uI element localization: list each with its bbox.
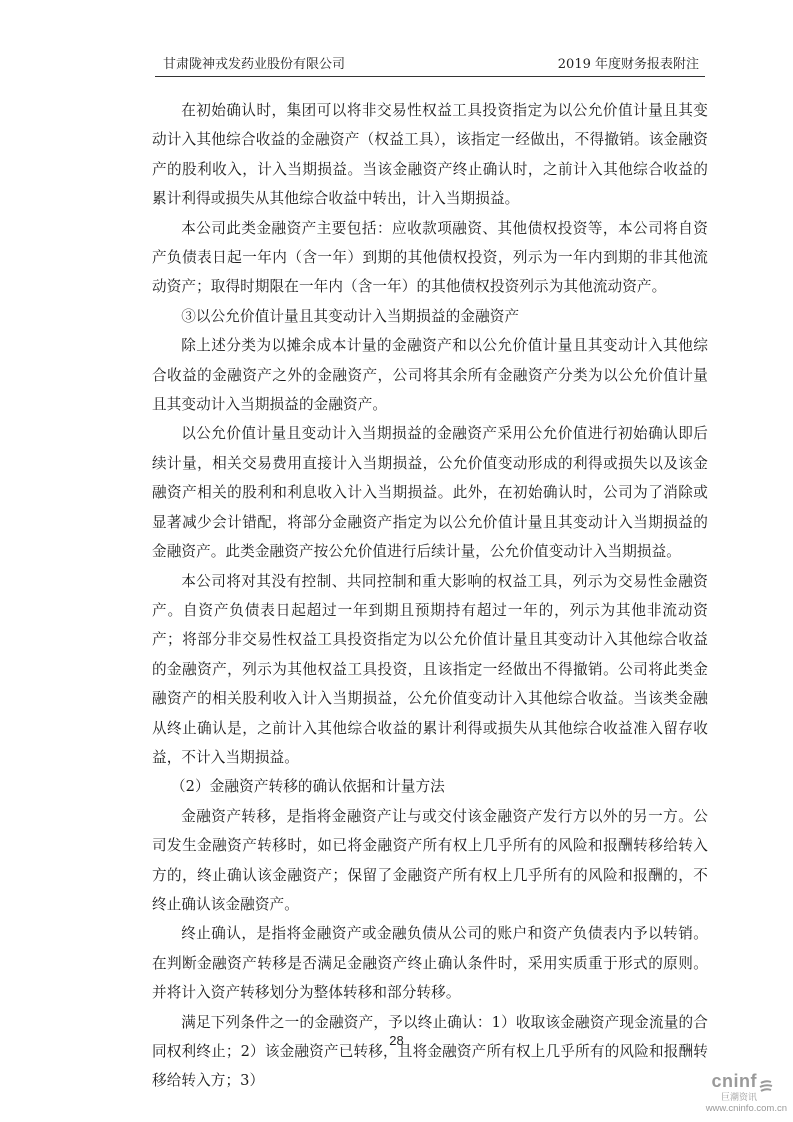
paragraph: 金融资产转移，是指将金融资产让与或交付该金融资产发行方以外的另一方。公司发生金融… [152, 802, 708, 920]
cninfo-watermark: cninf 巨潮资讯 www.cninfo.com.cn [687, 1071, 787, 1114]
section-heading: ③以公允价值计量且其变动计入当期损益的金融资产 [152, 302, 708, 331]
paragraph: 终止确认，是指将金融资产或金融负债从公司的账户和资产负债表内予以转销。在判断金融… [152, 919, 708, 1007]
watermark-brand-cn: 巨潮资讯 [687, 1092, 757, 1103]
subsection-heading: （2）金融资产转移的确认依据和计量方法 [152, 772, 708, 801]
cninfo-logo-icon [759, 1076, 773, 1088]
document-body: 在初始确认时，集团可以将非交易性权益工具投资指定为以公允价值计量且其变动计入其他… [152, 96, 708, 1096]
paragraph: 本公司将对其没有控制、共同控制和重大影响的权益工具，列示为交易性金融资产。自资产… [152, 567, 708, 773]
paragraph: 本公司此类金融资产主要包括：应收款项融资、其他债权投资等，本公司将自资产负债表日… [152, 214, 708, 302]
header-company-name: 甘肃陇神戎发药业股份有限公司 [163, 53, 345, 72]
page-header: 甘肃陇神戎发药业股份有限公司 2019 年度财务报表附注 [155, 52, 705, 77]
paragraph: 满足下列条件之一的金融资产，予以终止确认：1）收取该金融资产现金流量的合同权利终… [152, 1008, 708, 1096]
page-number: 28 [0, 1033, 793, 1048]
watermark-url: www.cninfo.com.cn [687, 1103, 787, 1114]
paragraph: 在初始确认时，集团可以将非交易性权益工具投资指定为以公允价值计量且其变动计入其他… [152, 96, 708, 214]
watermark-brand-text: cninf [712, 1071, 758, 1092]
header-report-title: 2019 年度财务报表附注 [558, 53, 699, 72]
paragraph: 以公允价值计量且变动计入当期损益的金融资产采用公允价值进行初始确认即后续计量，相… [152, 419, 708, 566]
paragraph: 除上述分类为以摊余成本计量的金融资产和以公允价值计量且其变动计入其他综合收益的金… [152, 331, 708, 419]
watermark-brand: cninf [712, 1071, 774, 1092]
